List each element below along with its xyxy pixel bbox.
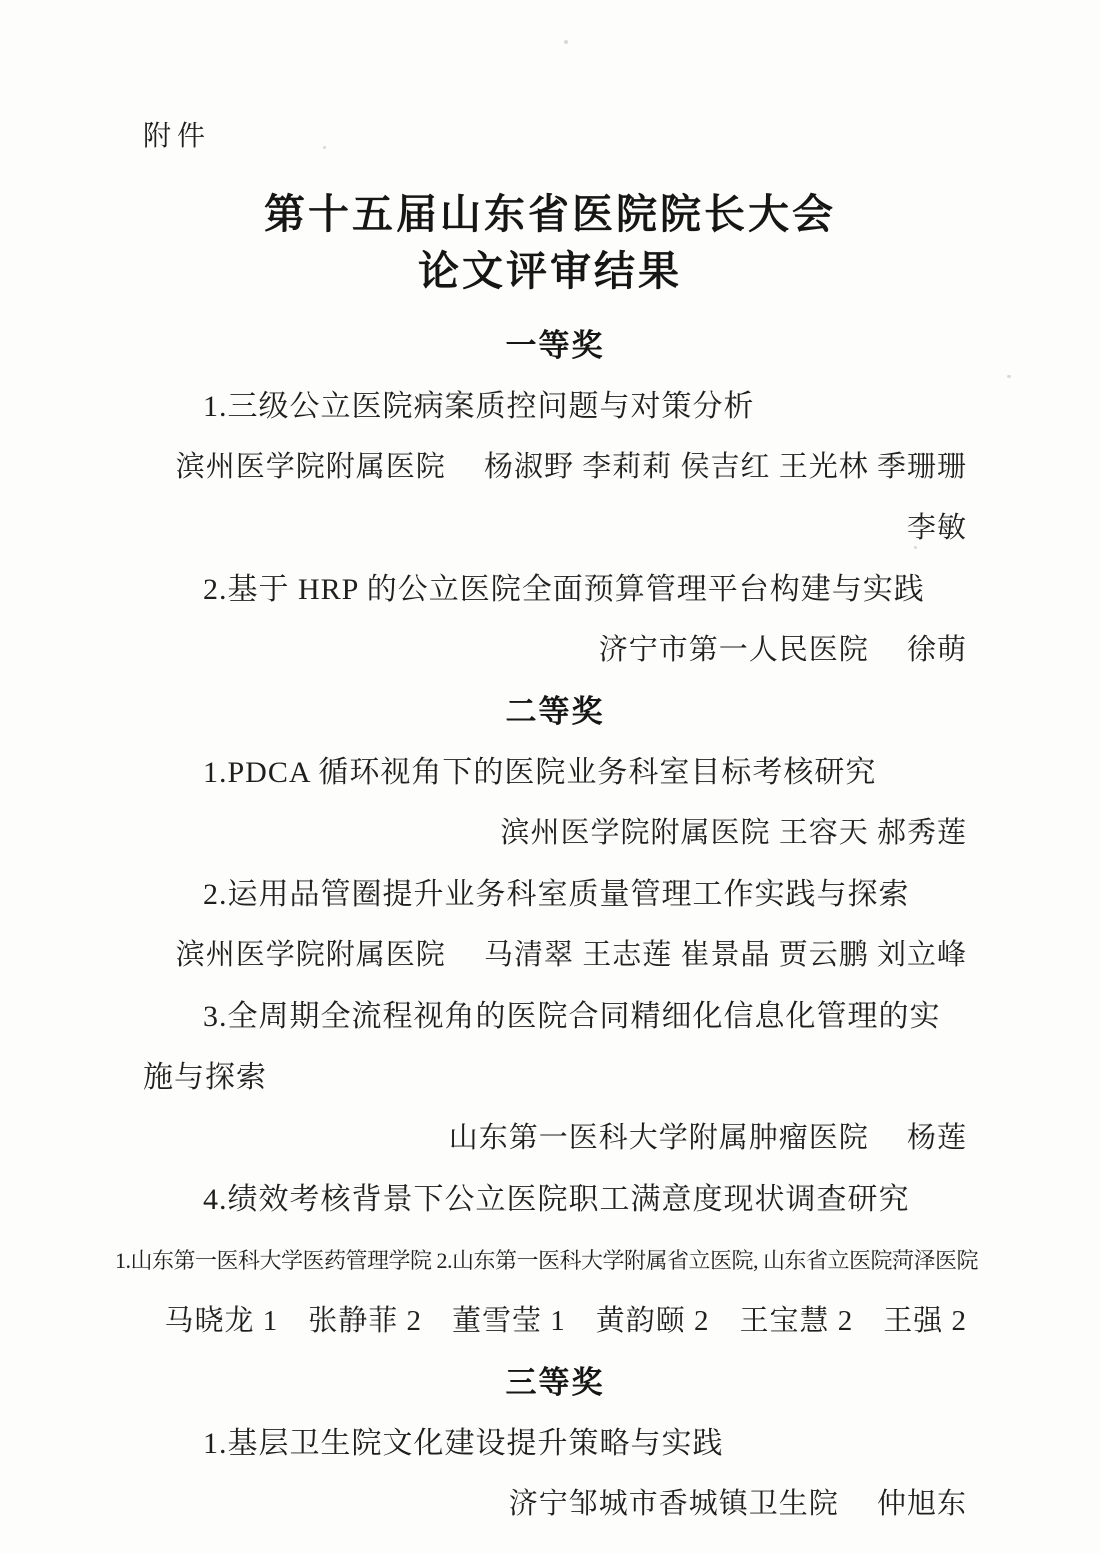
paper-authors: 马晓龙 1 张静菲 2 董雪莹 1 黄韵颐 2 王宝慧 2 王强 2 xyxy=(143,1291,967,1352)
paper-authors: 滨州医学院附属医院 马清翠 王志莲 崔景晶 贾云鹏 刘立峰 xyxy=(143,925,967,986)
paper-affiliations: 1.山东第一医科大学医药管理学院 2.山东第一医科大学附属省立医院, 山东省立医… xyxy=(115,1230,973,1291)
scan-speck xyxy=(1007,375,1011,378)
section-heading-third-prize: 三等奖 xyxy=(143,1352,967,1413)
document-body: 一等奖 1.三级公立医院病案质控问题与对策分析 滨州医学院附属医院 杨淑野 李莉… xyxy=(143,315,967,1535)
paper-title: 1.PDCA 循环视角下的医院业务科室目标考核研究 xyxy=(143,742,967,803)
paper-authors: 济宁市第一人民医院 徐萌 xyxy=(143,620,967,681)
document-title-line-1: 第十五届山东省医院院长大会 xyxy=(0,186,1100,243)
paper-title: 1.基层卫生院文化建设提升策略与实践 xyxy=(143,1413,967,1474)
paper-authors: 滨州医学院附属医院 杨淑野 李莉莉 侯吉红 王光林 季珊珊 李敏 xyxy=(143,437,967,559)
section-heading-first-prize: 一等奖 xyxy=(143,315,967,376)
section-heading-second-prize: 二等奖 xyxy=(143,681,967,742)
scan-speck xyxy=(564,40,568,44)
scanned-document-page: 附件 第十五届山东省医院院长大会 论文评审结果 一等奖 1.三级公立医院病案质控… xyxy=(0,0,1100,1554)
paper-title: 3.全周期全流程视角的医院合同精细化信息化管理的实施与探索 xyxy=(143,986,967,1108)
paper-title: 1.三级公立医院病案质控问题与对策分析 xyxy=(143,376,967,437)
paper-title: 2.基于 HRP 的公立医院全面预算管理平台构建与实践 xyxy=(143,559,967,620)
paper-authors: 山东第一医科大学附属肿瘤医院 杨莲 xyxy=(143,1108,967,1169)
document-title-line-2: 论文评审结果 xyxy=(0,243,1100,300)
paper-title: 4.绩效考核背景下公立医院职工满意度现状调查研究 xyxy=(143,1169,967,1230)
paper-title: 2.运用品管圈提升业务科室质量管理工作实践与探索 xyxy=(143,864,967,925)
document-title: 第十五届山东省医院院长大会 论文评审结果 xyxy=(0,186,1100,300)
paper-authors: 济宁邹城市香城镇卫生院 仲旭东 xyxy=(143,1474,967,1535)
paper-authors: 滨州医学院附属医院 王容天 郝秀莲 xyxy=(143,803,967,864)
attachment-label: 附件 xyxy=(143,122,211,152)
scan-speck xyxy=(323,146,326,149)
